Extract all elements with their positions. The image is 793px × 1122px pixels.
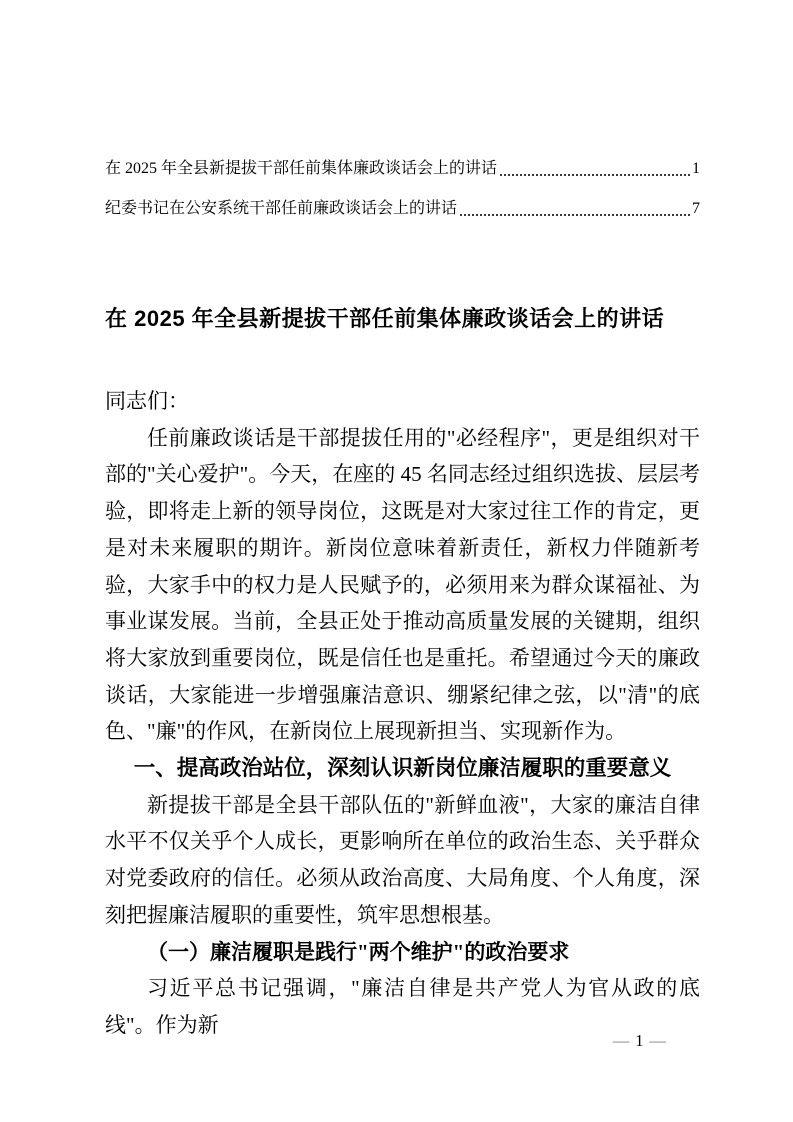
salutation: 同志们： (105, 383, 700, 420)
footer-right-dash: — (644, 1031, 673, 1050)
toc-entry-page-number: 1 (692, 158, 700, 180)
document-title: 在 2025 年全县新提拔干部任前集体廉政谈话会上的讲话 (105, 303, 700, 335)
toc-entry[interactable]: 纪委书记在公安系统干部任前廉政谈话会上的讲话 7 (105, 198, 700, 220)
toc-entry-page-number: 7 (692, 198, 700, 220)
toc-entry-title: 在 2025 年全县新提拔干部任前集体廉政谈话会上的讲话 (105, 158, 497, 180)
table-of-contents: 在 2025 年全县新提拔干部任前集体廉政谈话会上的讲话 1 纪委书记在公安系统… (105, 158, 700, 238)
footer-left-dash: — (607, 1031, 636, 1050)
body-paragraph: 任前廉政谈话是干部提拔任用的"必经程序"，更是组织对干部的"关心爱护"。今天，在… (105, 420, 700, 750)
toc-dot-leader (500, 174, 690, 176)
section-heading: 一、提高政治站位，深刻认识新岗位廉洁履职的重要意义 (105, 750, 700, 787)
toc-entry[interactable]: 在 2025 年全县新提拔干部任前集体廉政谈话会上的讲话 1 (105, 158, 700, 180)
page-number-footer: —1— (607, 1030, 672, 1052)
toc-dot-leader (460, 214, 690, 216)
footer-page-number: 1 (635, 1031, 643, 1050)
body-paragraph: 新提拔干部是全县干部队伍的"新鲜血液"，大家的廉洁自律水平不仅关乎个人成长，更影… (105, 787, 700, 934)
document-body: 同志们： 任前廉政谈话是干部提拔任用的"必经程序"，更是组织对干部的"关心爱护"… (105, 383, 700, 1044)
toc-entry-title: 纪委书记在公安系统干部任前廉政谈话会上的讲话 (105, 198, 457, 220)
document-page: 在 2025 年全县新提拔干部任前集体廉政谈话会上的讲话 1 纪委书记在公安系统… (0, 0, 793, 1122)
sub-section-heading: （一）廉洁履职是践行"两个维护"的政治要求 (105, 934, 700, 971)
